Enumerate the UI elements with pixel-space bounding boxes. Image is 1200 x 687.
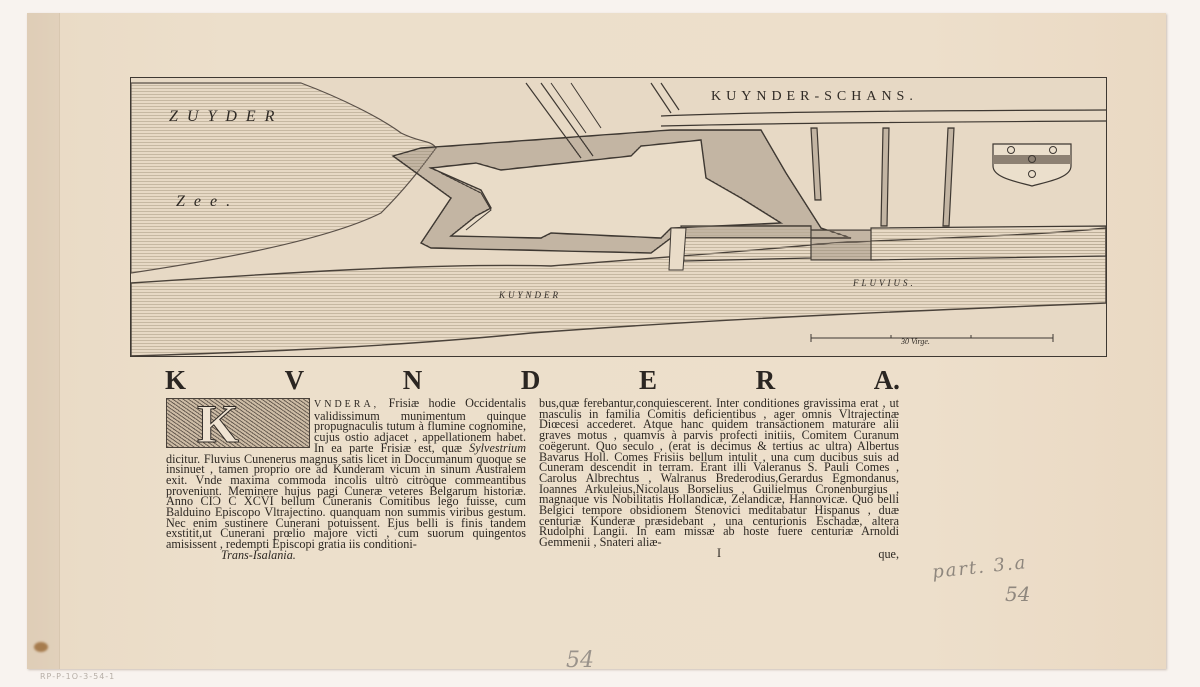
footer-note: Trans-Isalania. <box>166 550 526 561</box>
title-letter: R <box>756 365 776 396</box>
title-letter: K <box>165 365 186 396</box>
title-letter: E <box>639 365 657 396</box>
pencil-note-bottom: 54 <box>566 648 594 673</box>
paragraph: dicitur. Fluvius Cunenerus magnus satis … <box>166 452 526 552</box>
coat-of-arms-icon <box>993 144 1071 186</box>
map-label-river-right: FLUVIUS. <box>853 278 916 288</box>
map-label-zuyder: ZUYDER <box>169 108 283 126</box>
map-scale-label: 30 Virge. <box>901 337 930 346</box>
text-column-left: K VNDERA, Frisiæ hodie Occidentalis vali… <box>166 398 526 561</box>
title-letter: N <box>403 365 423 396</box>
title-letter: D <box>521 365 541 396</box>
reference-number: RP-P-1O-3-54-1 <box>40 672 115 681</box>
paper-fold <box>27 13 60 669</box>
paragraph: bus,quæ ferebantur,conquiescerent. Inter… <box>539 396 899 549</box>
pencil-note-number: 54 <box>1005 582 1030 606</box>
decorated-initial: K <box>166 398 310 448</box>
engraved-map: ZUYDER Zee. KUYNDER-SCHANS. KUYNDER FLUV… <box>130 77 1107 357</box>
title-letter: A. <box>874 365 900 396</box>
map-label-schans: KUYNDER-SCHANS. <box>711 89 918 105</box>
map-label-zee: Zee. <box>176 193 239 211</box>
page-title: K V N D E R A. <box>165 365 900 396</box>
map-label-river-left: KUYNDER <box>499 290 561 300</box>
title-letter: V <box>285 365 305 396</box>
text-column-right: bus,quæ ferebantur,conquiescerent. Inter… <box>539 398 899 559</box>
paper-stain <box>34 642 48 652</box>
dropcap-letter: K <box>197 396 239 452</box>
